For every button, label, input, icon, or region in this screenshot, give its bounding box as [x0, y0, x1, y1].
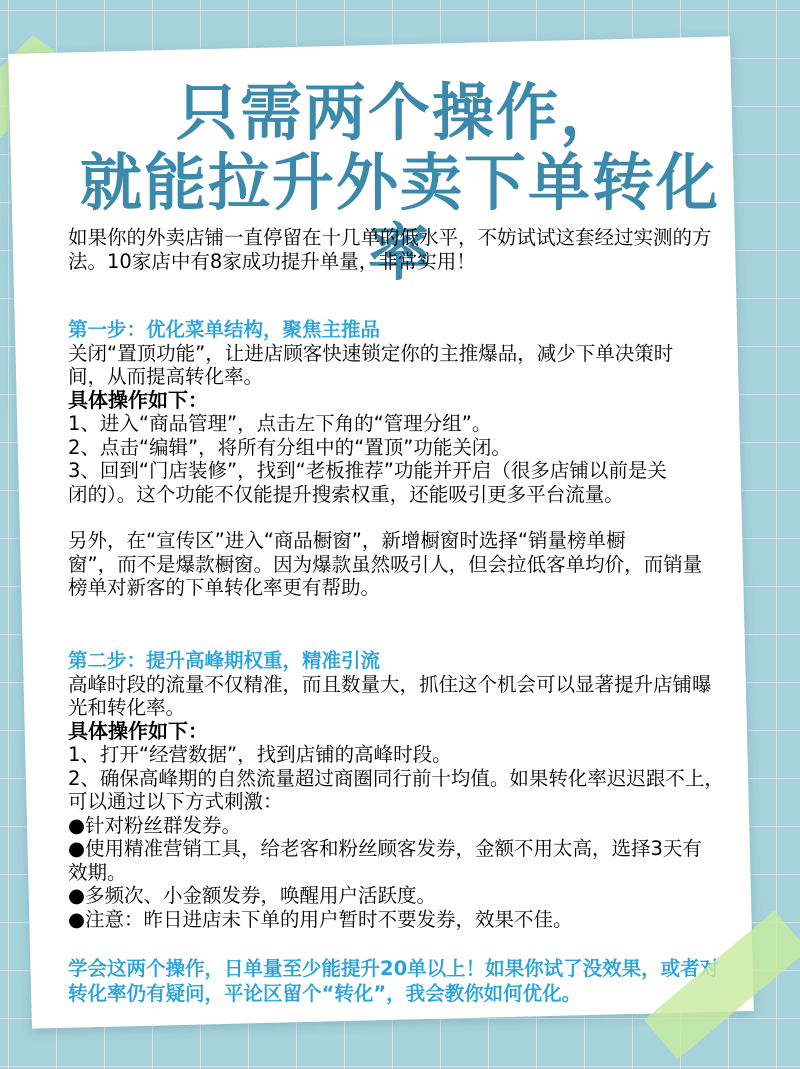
step1-extra-line: 窗”，而不是爆款橱窗。因为爆款虽然吸引人，但会拉低客单均价，而销量 — [68, 553, 748, 577]
intro-line: 法。10家店中有8家成功提升单量，非常实用！ — [68, 250, 748, 274]
step2-bullet: ●注意：昨日进店未下单的用户暂时不要发券，效果不佳。 — [68, 908, 758, 932]
step2-op-item: 2、确保高峰期的自然流量超过商圈同行前十均值。如果转化率迟迟跟不上， — [68, 767, 758, 791]
closing-paragraph: 学会这两个操作，日单量至少能提升20单以上！如果你试了没效果，或者对 转化率仍有… — [68, 956, 758, 1006]
step2-bullet: ●使用精准营销工具，给老客和粉丝顾客发券，金额不用太高，选择3天有 — [68, 837, 758, 861]
step2-op-item: 可以通过以下方式刺激： — [68, 790, 758, 814]
step1-extra-line: 另外，在“宣传区”进入“商品橱窗”，新增橱窗时选择“销量榜单橱 — [68, 529, 748, 553]
step1-extra-line: 榜单对新客的下单转化率更有帮助。 — [68, 576, 748, 600]
closing-line: 转化率仍有疑问，平论区留个“转化”，我会教你如何优化。 — [68, 981, 758, 1006]
step1-op-item: 2、点击“编辑”，将所有分组中的“置顶”功能关闭。 — [68, 436, 748, 460]
step2-bullet: ●针对粉丝群发券。 — [68, 814, 758, 838]
step2-ops-label: 具体操作如下： — [68, 720, 758, 744]
step1-desc-line: 关闭“置顶功能”，让进店顾客快速锁定你的主推爆品，减少下单决策时 — [68, 342, 748, 366]
spacer — [68, 506, 748, 529]
step1-ops-label: 具体操作如下： — [68, 389, 748, 413]
intro-line: 如果你的外卖店铺一直停留在十几单的低水平，不妨试试这套经过实测的方 — [68, 226, 748, 250]
step2-desc-line: 高峰时段的流量不仅精准，而且数量大，抓住这个机会可以显著提升店铺曝 — [68, 673, 758, 697]
step1-desc-line: 间，从而提高转化率。 — [68, 365, 748, 389]
step1-section: 第一步：优化菜单结构，聚焦主推品 关闭“置顶功能”，让进店顾客快速锁定你的主推爆… — [68, 318, 748, 600]
step2-bullet: ●多频次、小金额发券，唤醒用户活跃度。 — [68, 884, 758, 908]
step1-op-item: 1、进入“商品管理”，点击左下角的“管理分组”。 — [68, 412, 748, 436]
step2-desc-line: 光和转化率。 — [68, 696, 758, 720]
step1-heading: 第一步：优化菜单结构，聚焦主推品 — [68, 318, 748, 342]
step1-op-item: 3、回到“门店装修”，找到“老板推荐”功能并开启（很多店铺以前是关 — [68, 459, 748, 483]
step2-op-item: 1、打开“经营数据”，找到店铺的高峰时段。 — [68, 743, 758, 767]
title-line-1: 只需两个操作， — [50, 78, 750, 148]
step1-op-item: 闭的）。这个功能不仅能提升搜索权重，还能吸引更多平台流量。 — [68, 483, 748, 507]
step2-bullet: 效期。 — [68, 861, 758, 885]
intro-paragraph: 如果你的外卖店铺一直停留在十几单的低水平，不妨试试这套经过实测的方 法。10家店… — [68, 226, 748, 273]
closing-line: 学会这两个操作，日单量至少能提升20单以上！如果你试了没效果，或者对 — [68, 956, 758, 981]
step2-section: 第二步：提升高峰期权重，精准引流 高峰时段的流量不仅精准，而且数量大，抓住这个机… — [68, 649, 758, 931]
step2-heading: 第二步：提升高峰期权重，精准引流 — [68, 649, 758, 673]
